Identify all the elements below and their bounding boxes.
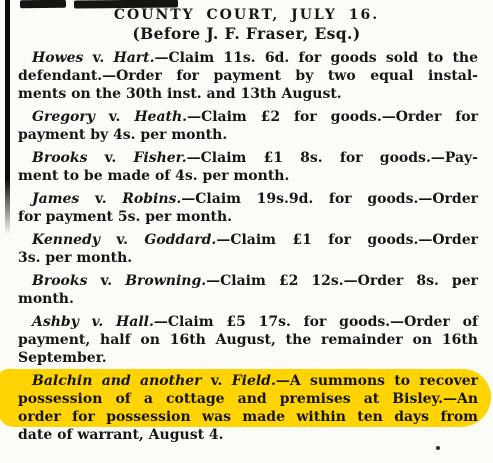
case-name: Heath.	[134, 109, 187, 125]
case-text: date of warrant, August 4.	[18, 427, 224, 443]
case-text: —Claim £1 8s. for goods.—Pay-	[187, 150, 478, 166]
case-paragraph: Brooks v. Browning.—Claim £2 12s.—Order …	[18, 272, 478, 308]
case-text: defendant.—Order for payment by two equa…	[18, 68, 478, 84]
case-text: v.	[202, 373, 232, 389]
case-text: v.	[83, 50, 113, 66]
case-name: Field.	[232, 373, 276, 389]
text-line: for payment 5s. per month.	[18, 208, 478, 226]
text-line: defendant.—Order for payment by two equa…	[18, 67, 478, 85]
text-line: order for possession was made within ten…	[18, 408, 478, 426]
text-line: Kennedy v. Goddard.—Claim £1 for goods.—…	[18, 231, 478, 249]
case-paragraph: Howes v. Hart.—Claim 11s. 6d. for goods …	[18, 49, 478, 103]
text-line: Howes v. Hart.—Claim 11s. 6d. for goods …	[18, 49, 478, 67]
case-name: Ashby v. Hall.	[32, 314, 154, 330]
text-line: date of warrant, August 4.	[18, 426, 478, 444]
highlight-marker: Balchin and another v. Field.—A summons …	[0, 369, 491, 427]
text-line: September.	[18, 349, 478, 367]
case-name: Kennedy	[32, 232, 100, 248]
case-text: payment by 4s. per month.	[18, 127, 227, 143]
case-name: Brooks	[32, 273, 87, 289]
case-name: Goddard.	[144, 232, 216, 248]
case-text: —Claim £2 for goods.—Order for	[187, 109, 478, 125]
text-line: payment, half on 16th August, the remain…	[18, 331, 478, 349]
newspaper-scan-page: COUNTY COURT, JULY 16. (Before J. F. Fra…	[0, 0, 493, 463]
case-name: Browning.	[125, 273, 206, 289]
case-paragraph: Balchin and another v. Field.—A summons …	[18, 369, 478, 444]
case-paragraph: Gregory v. Heath.—Claim £2 for goods.—Or…	[18, 108, 478, 144]
article-title: COUNTY COURT, JULY 16.	[0, 7, 493, 23]
text-line: Balchin and another v. Field.—A summons …	[18, 372, 478, 390]
case-text: ment to be made of 4s. per month.	[18, 168, 289, 184]
case-text: v.	[100, 232, 144, 248]
text-line: possession of a cottage and premises at …	[18, 390, 478, 408]
text-line: Brooks v. Browning.—Claim £2 12s.—Order …	[18, 272, 478, 290]
case-text: v.	[95, 109, 134, 125]
ink-speck	[436, 446, 440, 450]
case-paragraph: Brooks v. Fisher.—Claim £1 8s. for goods…	[18, 149, 478, 185]
text-line: 3s. per month.	[18, 249, 478, 267]
text-line: ments on the 30th inst. and 13th August.	[18, 85, 478, 103]
text-line: month.	[18, 290, 478, 308]
text-line: James v. Robins.—Claim 19s.9d. for goods…	[18, 190, 478, 208]
case-name: Fisher.	[133, 150, 186, 166]
case-text: —Claim £5 17s. for goods.—Order of	[154, 314, 478, 330]
case-text: v.	[87, 273, 125, 289]
case-name: Balchin and another	[32, 373, 202, 389]
case-name: Gregory	[32, 109, 95, 125]
article-body: Howes v. Hart.—Claim 11s. 6d. for goods …	[18, 49, 478, 449]
text-line: Gregory v. Heath.—Claim £2 for goods.—Or…	[18, 108, 478, 126]
case-text: —Claim £1 for goods.—Order	[216, 232, 478, 248]
case-name: Hart.	[113, 50, 154, 66]
case-text: for payment 5s. per month.	[18, 209, 232, 225]
text-line: payment by 4s. per month.	[18, 126, 478, 144]
case-text: payment, half on 16th August, the remain…	[18, 332, 478, 348]
case-text: —Claim 11s. 6d. for goods sold to the	[155, 50, 479, 66]
case-text: v.	[87, 150, 133, 166]
case-text: —Claim £2 12s.—Order 8s. per	[206, 273, 478, 289]
case-name: James	[32, 191, 79, 207]
case-text: month.	[18, 291, 74, 307]
case-paragraph: Ashby v. Hall.—Claim £5 17s. for goods.—…	[18, 313, 478, 367]
case-text: September.	[18, 350, 107, 366]
case-text: order for possession was made within ten…	[18, 409, 478, 425]
case-paragraph: James v. Robins.—Claim 19s.9d. for goods…	[18, 190, 478, 226]
case-paragraph: Kennedy v. Goddard.—Claim £1 for goods.—…	[18, 231, 478, 267]
case-name: Howes	[32, 50, 83, 66]
text-line: Ashby v. Hall.—Claim £5 17s. for goods.—…	[18, 313, 478, 331]
case-text: —A summons to recover	[276, 373, 478, 389]
text-line: ment to be made of 4s. per month.	[18, 167, 478, 185]
case-name: Robins.	[122, 191, 181, 207]
case-text: —Claim 19s.9d. for goods.—Order	[181, 191, 478, 207]
case-text: 3s. per month.	[18, 250, 132, 266]
case-text: v.	[79, 191, 122, 207]
case-name: Brooks	[32, 150, 87, 166]
case-text: possession of a cottage and premises at …	[18, 391, 478, 407]
text-line: Brooks v. Fisher.—Claim £1 8s. for goods…	[18, 149, 478, 167]
article-subtitle: (Before J. F. Fraser, Esq.)	[0, 24, 493, 43]
article-header: COUNTY COURT, JULY 16. (Before J. F. Fra…	[0, 7, 493, 43]
case-text: ments on the 30th inst. and 13th August.	[18, 86, 342, 102]
